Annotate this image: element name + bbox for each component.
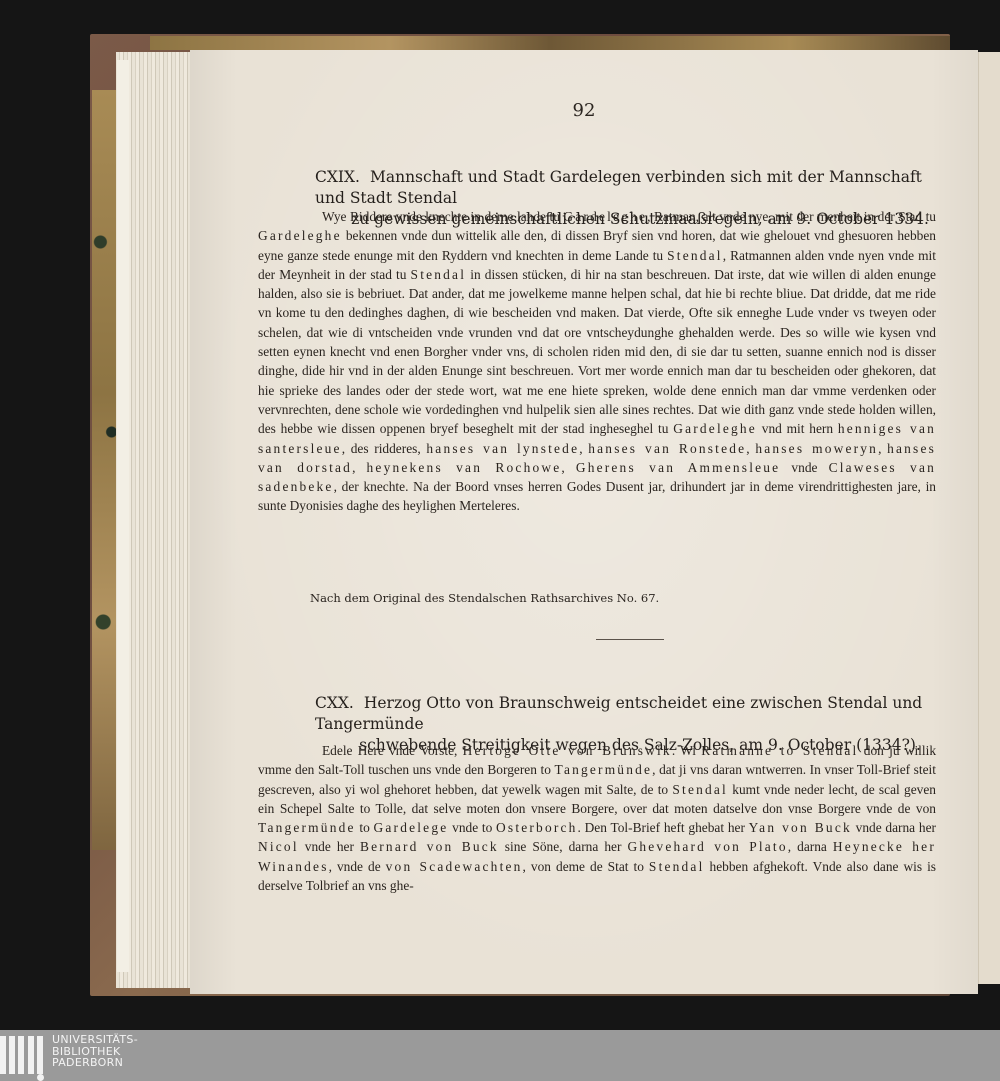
book-page: 92 CXIX.Mannschaft und Stadt Gardelegen … <box>190 50 978 994</box>
person-name: hanses van Ronstede <box>588 441 746 456</box>
document-body-cxix: Wye Riddere vnde knechte in deme lande t… <box>258 207 936 516</box>
document-paragraph: Edele Here vnde Vorste, Hertoge Otte von… <box>258 741 936 895</box>
page-edge <box>117 60 129 972</box>
person-name: Yan von Buck <box>749 820 852 835</box>
place-name: Stendal <box>667 248 723 263</box>
place-name: Tangermünde <box>258 820 356 835</box>
text-run: in dissen stücken, di hir na stan beschr… <box>258 267 936 436</box>
person-name: Hertoge Otte von Brunswik <box>463 743 672 758</box>
place-name: Ratmanne to Stendal <box>701 743 858 758</box>
scan-area: 92 CXIX.Mannschaft und Stadt Gardelegen … <box>0 0 1000 1030</box>
library-name-line1: UNIVERSITÄTS- <box>52 1034 138 1046</box>
section-divider <box>596 639 664 640</box>
text-run: vnde darna her <box>852 820 936 835</box>
text-run: vnde her <box>299 839 360 854</box>
text-run: . Wi <box>672 743 701 758</box>
next-page-edge <box>978 52 1000 984</box>
library-footer-bar: UNIVERSITÄTS- BIBLIOTHEK PADERBORN <box>0 1030 1000 1081</box>
person-name: von Scadewachten <box>386 859 523 874</box>
text-run: , vnde de <box>329 859 386 874</box>
person-name: Ghevehard von Plato <box>628 839 788 854</box>
text-run: , <box>878 441 887 456</box>
library-logo-dot <box>37 1074 44 1081</box>
person-name: Gherens van Ammensleue <box>576 460 780 475</box>
place-name: Osterborch <box>496 820 578 835</box>
text-run: , des ridderes, <box>342 441 427 456</box>
person-name: Nicol <box>258 839 299 854</box>
text-run: vnde <box>780 460 828 475</box>
place-name: Gardeleghe <box>673 421 757 436</box>
source-note: Nach dem Original des Stendalschen Raths… <box>310 591 659 605</box>
document-number: CXIX. <box>315 168 360 186</box>
person-name: heynekens van Rochowe <box>367 460 562 475</box>
document-title-line1: Mannschaft und Stadt Gardelegen verbinde… <box>315 168 922 207</box>
library-name: UNIVERSITÄTS- BIBLIOTHEK PADERBORN <box>52 1034 138 1069</box>
document-title-line1: Herzog Otto von Braunschweig entscheidet… <box>315 694 922 733</box>
person-name: hanses moweryn <box>755 441 878 456</box>
text-run: , <box>561 460 575 475</box>
place-name: Gardeleghe <box>258 228 342 243</box>
text-run: Wye Riddere vnde knechte in deme lande t… <box>322 209 563 224</box>
person-name: hanses van lynstede <box>426 441 579 456</box>
text-run: sine Söne, darna her <box>499 839 628 854</box>
place-name: Stendal <box>649 859 705 874</box>
text-run: , Ratman, alt vnde nye, mit der menheit … <box>647 209 936 224</box>
text-run: , darna <box>788 839 833 854</box>
library-logo-icon <box>0 1036 44 1074</box>
text-run: , <box>352 460 366 475</box>
text-run: , von deme de Stat to <box>523 859 649 874</box>
place-name: Tangermünde <box>555 762 653 777</box>
document-paragraph: Wye Riddere vnde knechte in deme lande t… <box>258 207 936 516</box>
place-name: Gardelege <box>374 820 449 835</box>
document-number: CXX. <box>315 694 354 712</box>
page-number: 92 <box>190 100 978 121</box>
text-run: , <box>746 441 755 456</box>
place-name: Stendal <box>672 782 728 797</box>
place-name: Stendal <box>411 267 467 282</box>
place-name: Gardeleghe <box>563 209 647 224</box>
text-run: . Den Tol-Brief heft ghebat her <box>578 820 749 835</box>
document-body-cxx: Edele Here vnde Vorste, Hertoge Otte von… <box>258 741 936 895</box>
text-run: vnde to <box>448 820 496 835</box>
text-run: vnd mit hern <box>757 421 838 436</box>
library-name-line3: PADERBORN <box>52 1057 138 1069</box>
cover-marbled-edge-top <box>150 36 950 50</box>
text-run: , der knechte. Na der Boord vnses herren… <box>258 479 936 513</box>
person-name: Bernard von Buck <box>360 839 499 854</box>
text-run: , <box>579 441 588 456</box>
text-run: to <box>356 820 374 835</box>
text-run: Edele Here vnde Vorste, <box>322 743 463 758</box>
